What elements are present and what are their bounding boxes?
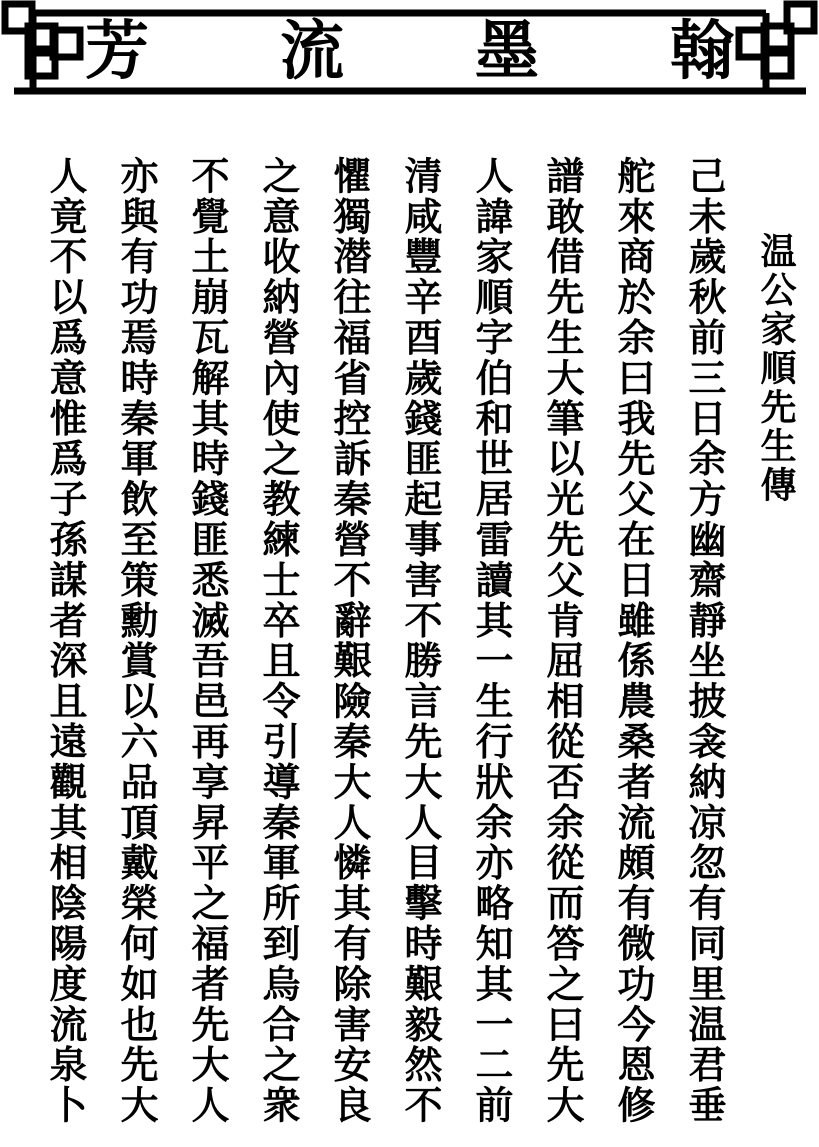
document-body: 温公家順先生傳 己未歲秋前三日余方幽齋靜坐披衾納凉忽有同里温君垂 舵來商於余曰我… — [30, 156, 811, 1131]
banner-char: 墨 — [475, 20, 539, 84]
text-column: 亦與有功焉時秦軍飲至策勳賞以六品頂戴榮何如也先大 — [101, 156, 172, 1131]
text-column: 懼獨潜往福省控訴秦營不辭艱險秦大人憐其有除害安良 — [314, 156, 385, 1131]
text-column: 己未歲秋前三日余方幽齋靜坐披衾納凉忽有同里温君垂 — [669, 156, 740, 1131]
text-column: 不覺土崩瓦解其時錢匪悉滅吾邑再享昇平之福者先大人 — [172, 156, 243, 1131]
banner-char: 芳 — [85, 20, 149, 84]
text-column: 舵來商於余曰我先父在日雖係農桑者流頗有微功今恩修 — [598, 156, 669, 1131]
banner-char: 翰 — [670, 20, 734, 84]
text-column: 人竟不以爲意惟爲子孫謀者深且遠觀其相陰陽度流泉卜 — [30, 156, 101, 1131]
text-column: 之意收納營內使之教練士卒且令引導秦軍所到烏合之衆 — [243, 156, 314, 1131]
banner-char: 流 — [280, 20, 344, 84]
header-band: 翰 墨 流 芳 — [0, 0, 819, 115]
banner-title: 翰 墨 流 芳 — [85, 6, 734, 98]
text-column: 清咸豐辛酉歲錢匪起事害不勝言先大人目擊時艱毅然不 — [385, 156, 456, 1131]
text-column: 譜敢借先生大筆以光先父肯屈相從否余從而答之曰先大 — [527, 156, 598, 1131]
text-column: 人諱家順字伯和世居雷讀其一生行狀余亦略知其一二前 — [456, 156, 527, 1131]
document-title: 温公家順先生傳 — [740, 156, 811, 1131]
